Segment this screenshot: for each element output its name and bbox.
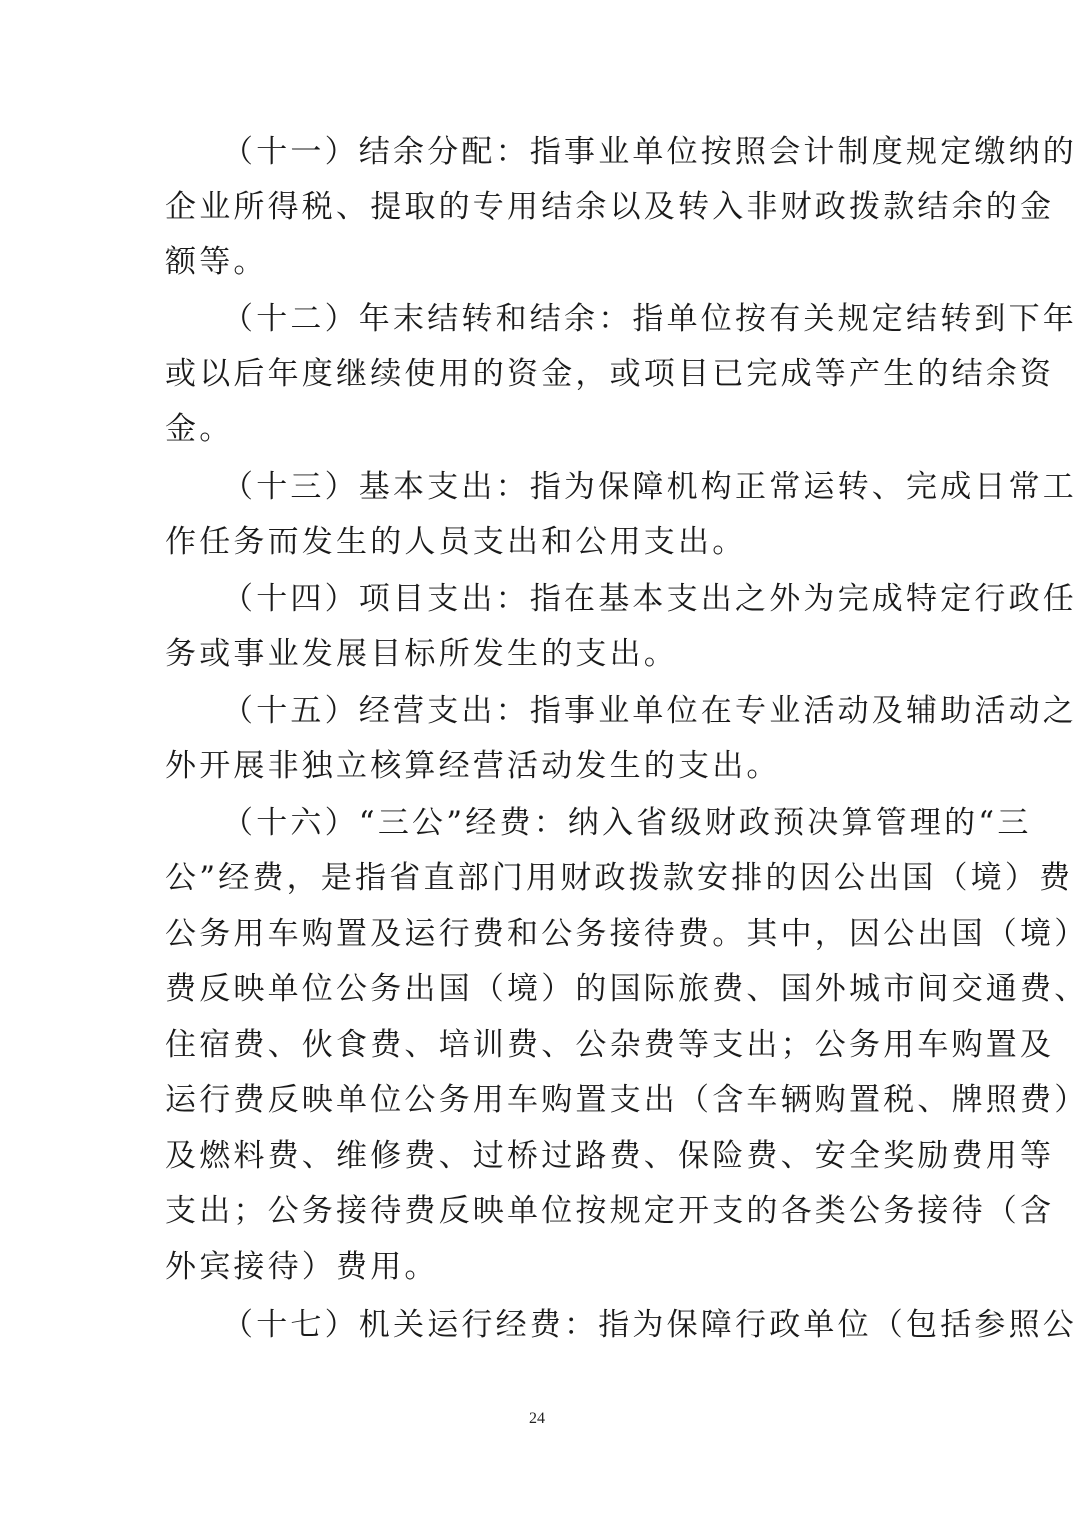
- paragraph-11-line-2: 企业所得税、提取的专用结余以及转入非财政拨款结余的金: [165, 179, 915, 235]
- paragraph-14-line-2: 务或事业发展目标所发生的支出。: [165, 626, 915, 682]
- paragraph-14-line-1: （十四）项目支出：指在基本支出之外为完成特定行政任: [222, 571, 915, 627]
- paragraph-16-line-5: 住宿费、伙食费、培训费、公杂费等支出；公务用车购置及: [165, 1017, 915, 1073]
- paragraph-11-line-3: 额等。: [165, 234, 915, 290]
- paragraph-16-line-4: 费反映单位公务出国（境）的国际旅费、国外城市间交通费、: [165, 961, 915, 1017]
- paragraph-13-line-2: 作任务而发生的人员支出和公用支出。: [165, 514, 915, 570]
- paragraph-16-line-7: 及燃料费、维修费、过桥过路费、保险费、安全奖励费用等: [165, 1128, 915, 1184]
- paragraph-15-line-2: 外开展非独立核算经营活动发生的支出。: [165, 738, 915, 794]
- paragraph-16-line-8: 支出；公务接待费反映单位按规定开支的各类公务接待（含: [165, 1183, 915, 1239]
- paragraph-12-line-2: 或以后年度继续使用的资金，或项目已完成等产生的结余资: [165, 346, 915, 402]
- paragraph-16-line-9: 外宾接待）费用。: [165, 1239, 915, 1295]
- paragraph-13-line-1: （十三）基本支出：指为保障机构正常运转、完成日常工: [222, 459, 915, 515]
- paragraph-11-line-1: （十一）结余分配：指事业单位按照会计制度规定缴纳的: [222, 124, 915, 180]
- paragraph-12-line-3: 金。: [165, 401, 915, 457]
- paragraph-12-line-1: （十二）年末结转和结余：指单位按有关规定结转到下年: [222, 291, 915, 347]
- paragraph-16-line-3: 公务用车购置及运行费和公务接待费。其中，因公出国（境）: [165, 906, 915, 962]
- document-page: （十一）结余分配：指事业单位按照会计制度规定缴纳的 企业所得税、提取的专用结余以…: [0, 0, 1074, 1520]
- paragraph-15-line-1: （十五）经营支出：指事业单位在专业活动及辅助活动之: [222, 683, 915, 739]
- paragraph-16-line-2: 公”经费，是指省直部门用财政拨款安排的因公出国（境）费、: [165, 850, 915, 906]
- paragraph-16-line-1: （十六）“三公”经费：纳入省级财政预决算管理的“三: [222, 795, 915, 851]
- paragraph-17-line-1: （十七）机关运行经费：指为保障行政单位（包括参照公: [222, 1297, 915, 1353]
- paragraph-16-line-6: 运行费反映单位公务用车购置支出（含车辆购置税、牌照费）: [165, 1072, 915, 1128]
- page-number: 24: [0, 1410, 1074, 1428]
